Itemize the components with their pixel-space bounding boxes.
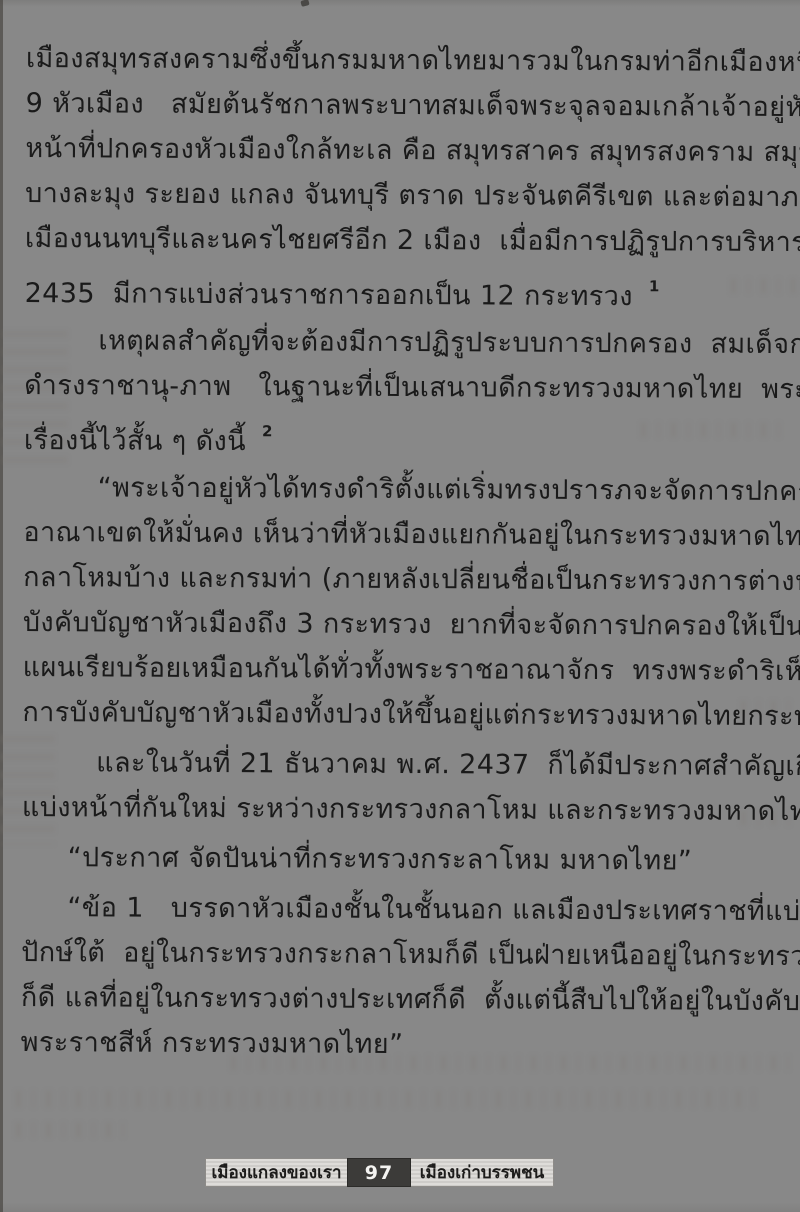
footer-left-label: เมืองแกลงของเรา <box>205 1158 347 1187</box>
footnote-marker: 2 <box>262 422 273 440</box>
text-line: “ประกาศ จัดปันน่าที่กระทรวงกระลาโหม มหาด… <box>22 835 742 884</box>
body-text: เมืองสมุทรสงครามซึ่งขึ้นกรมมหาดไทยมารวมใ… <box>21 36 746 1069</box>
line-text: 2435 มีการแบ่งส่วนราชการออกเป็น 12 กระทร… <box>25 278 633 312</box>
line-text: เรื่องนี้ไว้สั้น ๆ ดังนี้ <box>24 425 246 457</box>
footer-bar: เมืองแกลงของเรา 97 เมืองเก่าบรรพชน <box>205 1158 554 1187</box>
text-line: ก็ดี แลที่อยู่ในกระทรวงต่างประเทศก็ดี ตั… <box>21 975 741 1024</box>
text-line: “ข้อ 1 บรรดาหัวเมืองชั้นในชั้นนอก แลเมือ… <box>21 885 741 934</box>
scan-speck <box>300 0 309 7</box>
text-line: บังคับบัญชาหัวเมืองถึง 3 กระทรวง ยากที่จ… <box>23 600 743 649</box>
text-line: อาณาเขตให้มั่นคง เห็นว่าที่หัวเมืองแยกกั… <box>23 510 743 559</box>
text-line: เรื่องนี้ไว้สั้น ๆ ดังนี้2 <box>24 408 744 457</box>
text-line: เมืองสมุทรสงครามซึ่งขึ้นกรมมหาดไทยมารวมใ… <box>26 36 746 85</box>
text-line: และในวันที่ 21 ธันวาคม พ.ศ. 2437 ก็ได้มี… <box>22 740 742 789</box>
text-line: เมืองนนทบุรีและนครไชยศรีอีก 2 เมือง เมื่… <box>25 216 745 265</box>
text-line: พระราชสีห์ กระทรวงมหาดไทย” <box>21 1020 741 1069</box>
footer-right-label: เมืองเก่าบรรพชน <box>411 1158 554 1187</box>
text-line: 9 หัวเมือง สมัยต้นรัชกาลพระบาทสมเด็จพระจ… <box>26 81 746 130</box>
text-line: เหตุผลสำคัญที่จะต้องมีการปฏิรูประบบการปก… <box>24 318 744 367</box>
text-line: การบังคับบัญชาหัวเมืองทั้งปวงให้ขึ้นอยู่… <box>22 690 742 739</box>
text-line: “พระเจ้าอยู่หัวได้ทรงดำริตั้งแต่เริ่มทรง… <box>24 465 744 514</box>
scanned-book-page: เมืองสมุทรสงครามซึ่งขึ้นกรมมหาดไทยมารวมใ… <box>0 0 800 1212</box>
text-line: กลาโหมบ้าง และกรมท่า (ภายหลังเปลี่ยนชื่อ… <box>23 555 743 604</box>
text-line: 2435 มีการแบ่งส่วนราชการออกเป็น 12 กระทร… <box>25 261 745 310</box>
text-line: หน้าที่ปกครองหัวเมืองใกล้ทะเล คือ สมุทรส… <box>25 126 745 175</box>
text-line: บางละมุง ระยอง แกลง จันทบุรี ตราด ประจัน… <box>25 171 745 220</box>
text-line: แผนเรียบร้อยเหมือนกันได้ทั่วทั้งพระราชอา… <box>23 645 743 694</box>
show-through-smudge <box>15 1090 760 1108</box>
footer-page-number: 97 <box>347 1158 411 1187</box>
text-line: แบ่งหน้าที่กันใหม่ ระหว่างกระทรวงกลาโหม … <box>22 785 742 834</box>
binding-edge-line <box>0 0 3 1212</box>
text-line: ปักษ์ใต้ อยู่ในกระทรวงกระกลาโหมก็ดี เป็น… <box>21 930 741 979</box>
footnote-marker: 1 <box>649 277 660 295</box>
show-through-smudge <box>15 1122 125 1138</box>
text-line: ดำรงราชานุ-ภาพ ในฐานะที่เป็นเสนาบดีกระทร… <box>24 363 744 412</box>
